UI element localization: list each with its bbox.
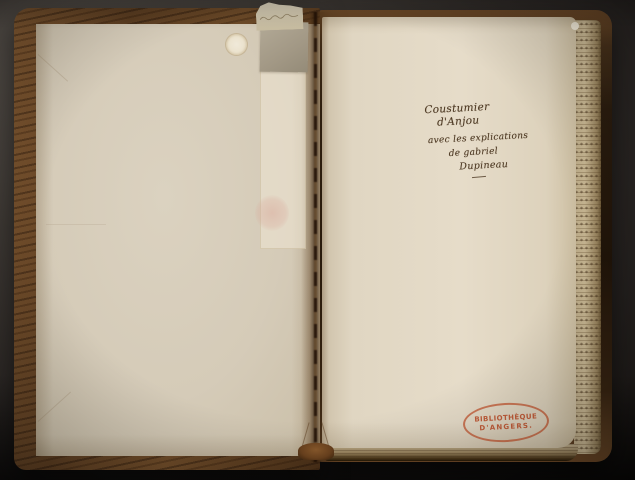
paper-fleck (571, 22, 579, 30)
stamp-text-line2: D'ANGERS. (479, 421, 533, 433)
pink-stain (255, 195, 289, 231)
illegible-scribble (256, 1, 304, 31)
corner-crease (38, 392, 71, 422)
binding-sewing (298, 443, 334, 460)
corner-crease (38, 54, 68, 82)
paper-crease (46, 224, 106, 225)
page-stack-fore-edge (574, 20, 601, 454)
book-scan-photo: Coustumier d'Anjou avec les explications… (0, 0, 635, 480)
handwritten-title: Coustumier d'Anjou avec les explications… (416, 97, 560, 180)
flyleaf-page (322, 17, 576, 448)
wafer-seal-residue (226, 34, 247, 55)
paper-tag-fragment (256, 1, 304, 31)
